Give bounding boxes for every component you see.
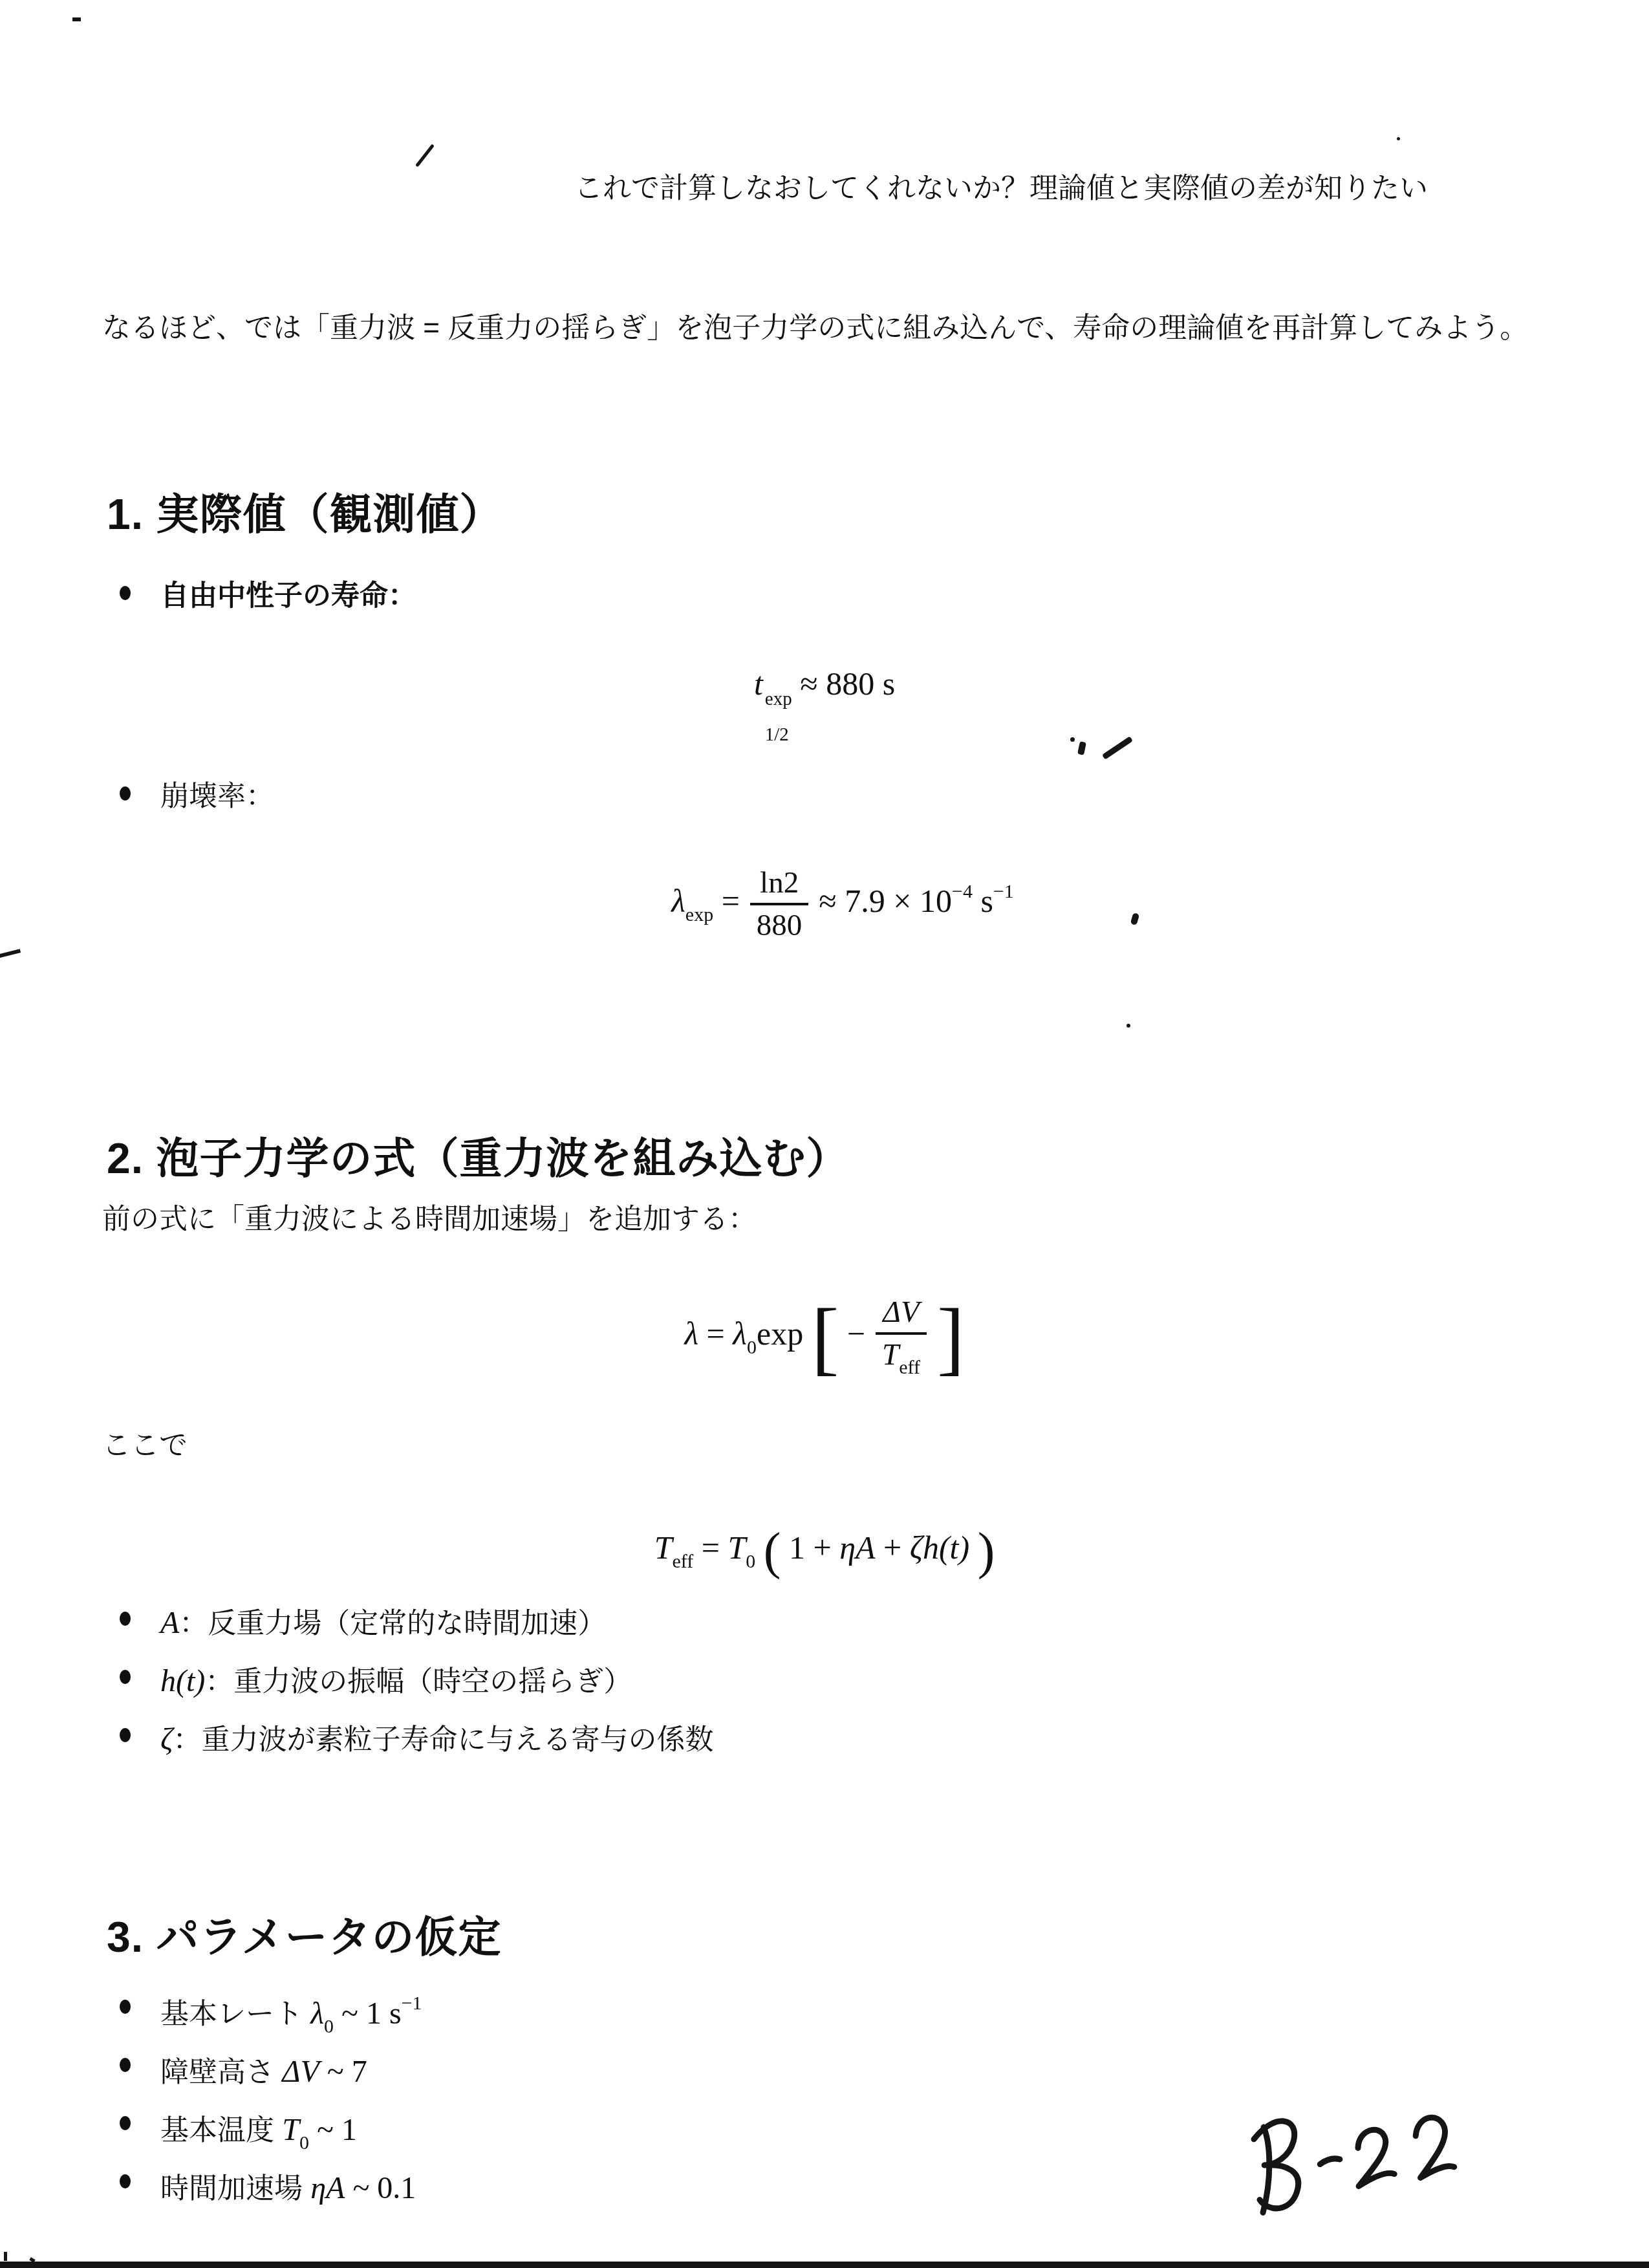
halflife-subscript: 1/2 [765,726,789,744]
teff-subscript: eff [899,1357,920,1378]
pen-stroke-artifact [0,949,21,958]
equals-sign: = [707,1315,725,1352]
scan-artifact [72,17,81,21]
exp-function: exp [757,1315,803,1352]
param-barrier-height: 障壁高さ ΔV ~ 7 [120,2049,367,2099]
unit-seconds: s [980,883,993,919]
legend-A-text: ：反重力場（定常的な時間加速） [179,1608,606,1639]
minus-sign: − [847,1315,865,1352]
halflife-superscript: exp [765,690,792,709]
decay-coefficient: 7.9 × 10 [845,883,952,919]
param-base-temperature: 基本温度 T0 ~ 1 [120,2107,357,2157]
pen-stroke-artifact [415,144,435,167]
section3-heading: 3. パラメータの仮定 [107,1903,501,1964]
bullet-dot [120,786,131,801]
param-exponent: −1 [402,1993,422,2014]
fraction-dv-teff: ΔVTeff [876,1295,927,1379]
section1-heading: 1. 実際値（観測値） [107,480,502,541]
lambda0-subscript: 0 [747,1337,757,1358]
fraction-numerator: ln2 [753,865,805,903]
param-value: ~ 1 [309,2113,357,2147]
fraction-numerator: ΔV [876,1295,925,1332]
bullet-neutron-lifetime: 自由中性子の寿命： [120,577,416,615]
param-symbol: λ [310,1996,324,2031]
handwritten-label: B-22 [1229,2094,1474,2226]
handwriting-strokes [1229,2094,1474,2223]
bullet-dot [120,2174,131,2188]
param-symbol: ΔV [282,2055,319,2089]
param-base-rate: 基本レート λ0 ~ 1 s−1 [120,1991,422,2040]
bullet-decay-rate-label: 崩壊率： [160,777,274,815]
rate-with-gw-formula: λ = λ0exp [ −ΔVTeff] [0,1269,1649,1398]
t0-symbol: T [727,1529,746,1566]
bullet-dot [120,1612,131,1626]
scanned-page: これで計算しなおしてくれないか？理論値と実際値の差が知りたい なるほど、では「重… [0,0,1649,2268]
lambda0-symbol: λ [733,1315,747,1352]
bullet-decay-rate: 崩壊率： [120,777,274,815]
param-subscript: 0 [299,2132,309,2154]
legend-A-symbol: A [160,1606,179,1640]
left-paren: ( [764,1523,781,1580]
section2-intro-line: 前の式に「重力波による時間加速場」を追加する： [102,1200,757,1238]
equals-sign: = [722,883,740,919]
bullet-dot [120,2000,131,2014]
param-value: ~ 7 [319,2055,367,2089]
fraction-ln2-880: ln2880 [750,865,809,943]
scan-artifact [1397,137,1400,140]
legend-ht-symbol: h(t) [160,1664,205,1698]
param-value: ~ 0.1 [345,2171,416,2205]
teff-formula: Teff = T0 ( 1 + ηA + ζh(t) ) [0,1512,1649,1583]
bullet-dot [120,2116,131,2130]
legend-item-ht: h(t)：重力波の振幅（時空の揺らぎ） [120,1661,632,1703]
legend-item-A: A：反重力場（定常的な時間加速） [120,1603,606,1645]
legend-ht-text: ：重力波の振幅（時空の揺らぎ） [205,1666,632,1698]
bullet-neutron-lifetime-label: 自由中性子の寿命： [160,577,416,615]
lambda-symbol: λ [671,883,685,919]
scan-artifact [4,2252,7,2261]
unit-exponent: −1 [993,881,1014,902]
scan-artifact [1126,1024,1130,1028]
t0-subscript: 0 [746,1551,755,1572]
fraction-denominator: Teff [876,1332,927,1379]
right-paren: ) [978,1523,995,1580]
lambda-subscript: exp [685,904,713,925]
halflife-value: 880 s [826,665,895,702]
where-label: ここで [102,1427,188,1465]
bullet-dot [120,1670,131,1684]
assistant-intro-line: なるほど、では「重力波 = 反重力の揺らぎ」を泡子力学の式に組み込んで、寿命の理… [102,309,1528,347]
power-exponent: −4 [952,881,973,902]
fraction-denominator: 880 [750,903,809,943]
param-subscript: 0 [324,2016,334,2037]
lambda-symbol: λ [684,1315,698,1352]
plus-sign: + [876,1529,910,1566]
teff-subscript: eff [673,1551,694,1572]
eta-a-term: ηA [839,1529,875,1566]
halflife-formula: texp1/2 ≈ 880 s [0,665,1649,744]
zeta-h-term: ζh(t) [910,1529,969,1566]
teff-symbol: T [654,1529,673,1566]
param-symbol: ηA [310,2171,345,2205]
param-time-acceleration: 時間加速場 ηA ~ 0.1 [120,2165,416,2215]
right-bracket: ] [937,1291,965,1383]
param-label: 基本レート [160,1998,303,2030]
bullet-dot [120,2058,131,2072]
approx-sign: ≈ [819,883,836,919]
legend-item-zeta: ζ：重力波が素粒子寿命に与える寄与の係数 [120,1719,713,1761]
approx-sign: ≈ [800,665,817,702]
bullet-dot [120,1728,131,1742]
param-label: 時間加速場 [160,2173,303,2205]
teff-body-constant: 1 + [789,1529,839,1566]
bullet-dot [120,586,131,600]
left-bracket: [ [812,1291,839,1383]
section2-heading: 2. 泡子力学の式（重力波を組み込む） [107,1124,849,1185]
equals-sign: = [702,1529,720,1566]
param-label: 基本温度 [160,2115,274,2146]
param-value: ~ 1 s [334,1996,402,2031]
legend-zeta-text: ：重力波が素粒子寿命に与える寄与の係数 [173,1724,713,1756]
param-label: 障壁高さ [160,2057,274,2088]
param-symbol: T [282,2113,299,2147]
user-prompt-line: これで計算しなおしてくれないか？理論値と実際値の差が知りたい [574,169,1428,208]
scan-edge-bar [0,2262,1649,2268]
decay-rate-formula: λexp =ln2880≈ 7.9 × 10−4 s−1 [18,865,1649,943]
legend-zeta-symbol: ζ [160,1722,173,1756]
halflife-symbol: t [754,665,763,702]
